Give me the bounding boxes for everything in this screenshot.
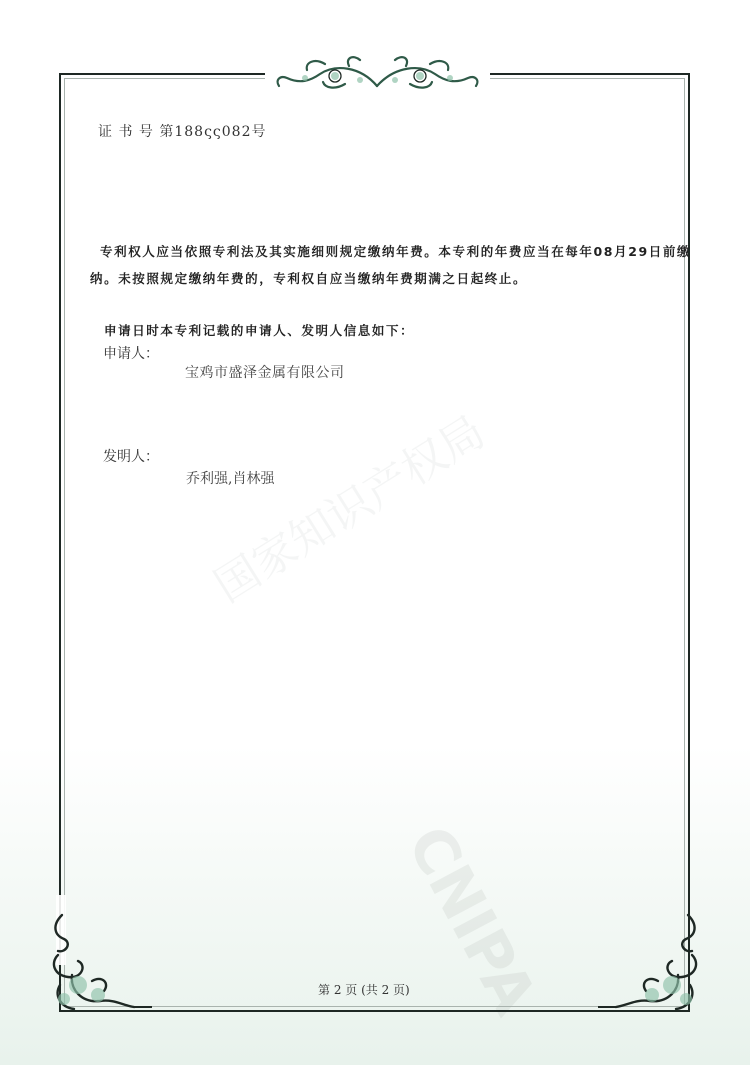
page-indicator: 第 2 页 (共 2 页) — [318, 981, 410, 998]
applicant-name: 宝鸡市盛泽金属有限公司 — [185, 362, 345, 382]
certificate-border-inner — [64, 78, 685, 1007]
fee-notice-line-1: 专利权人应当依照专利法及其实施细则规定缴纳年费。本专利的年费应当在每年08月29… — [100, 238, 691, 265]
inventor-label: 发明人： — [103, 446, 159, 466]
top-ornament-icon — [265, 56, 490, 96]
annual-fee-notice: 专利权人应当依照专利法及其实施细则规定缴纳年费。本专利的年费应当在每年08月29… — [100, 238, 691, 292]
corner-ornament-bottom-left-icon — [42, 895, 152, 1020]
certificate-number: 证 书 号 第188ςς082号 — [98, 121, 266, 141]
fee-notice-line-2: 纳。未按照规定缴纳年费的，专利权自应当缴纳年费期满之日起终止。 — [90, 265, 691, 292]
inventor-names: 乔利强,肖林强 — [186, 468, 274, 488]
info-intro: 申请日时本专利记载的申请人、发明人信息如下： — [104, 321, 414, 339]
applicant-label: 申请人： — [103, 343, 159, 363]
corner-ornament-bottom-right-icon — [598, 895, 708, 1020]
